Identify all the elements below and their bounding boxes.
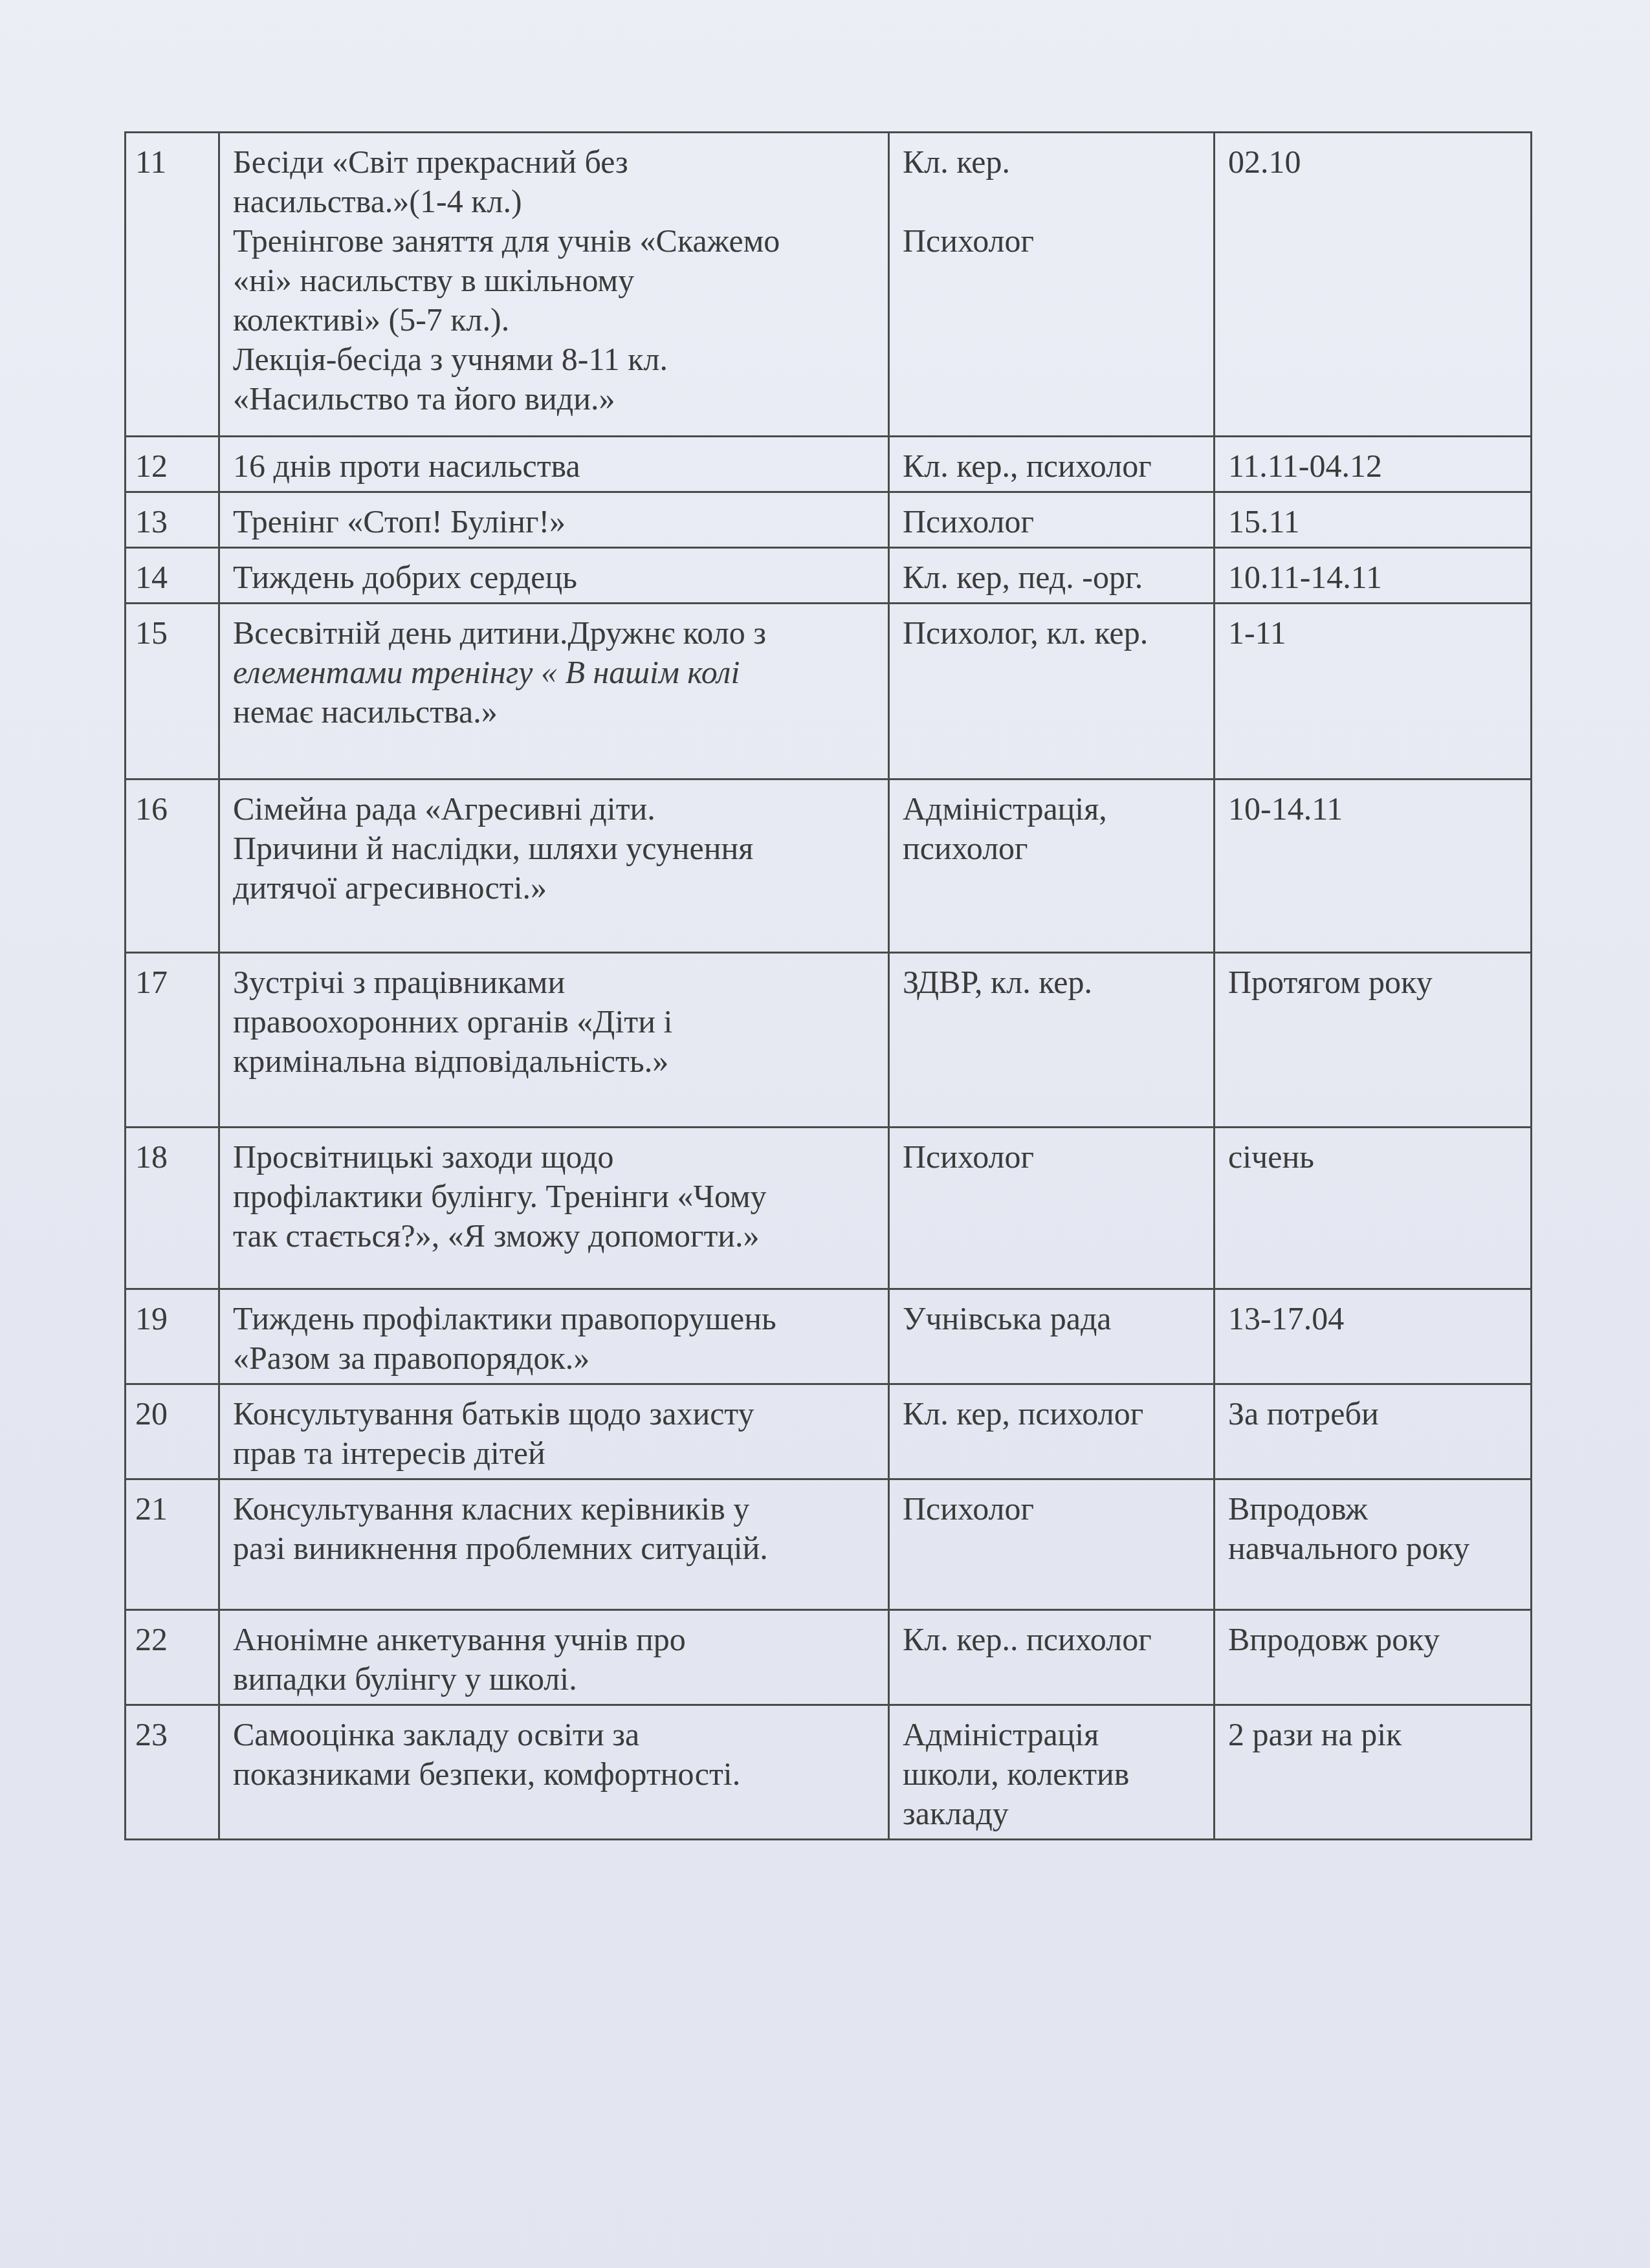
row-number: 14	[126, 548, 219, 604]
event-line: Просвітницькі заходи щодо	[233, 1137, 876, 1177]
table-row: 1216 днів проти насильстваКл. кер., псих…	[126, 437, 1532, 492]
responsible-line: Психолог	[903, 1489, 1202, 1529]
event-line: Всесвітній день дитини.Дружнє коло з	[233, 613, 876, 653]
responsible-person: ЗДВР, кл. кер.	[889, 953, 1215, 1128]
responsible-person: Кл. кер.. психолог	[889, 1610, 1215, 1705]
row-number: 16	[126, 780, 219, 953]
responsible-line: психолог	[903, 829, 1202, 868]
event-line: прав та інтересів дітей	[233, 1434, 876, 1473]
responsible-person: Психолог, кл. кер.	[889, 604, 1215, 780]
event-line: Бесіди «Світ прекрасний без	[233, 142, 876, 182]
event-description: Всесвітній день дитини.Дружнє коло зелем…	[219, 604, 889, 780]
table-row: 16Сімейна рада «Агресивні діти.Причини й…	[126, 780, 1532, 953]
event-line: Лекція-бесіда з учнями 8-11 кл.	[233, 340, 876, 379]
row-number: 20	[126, 1384, 219, 1479]
responsible-line	[903, 182, 1202, 221]
event-date: 02.10	[1215, 133, 1532, 437]
event-line: Причини й наслідки, шляхи усунення	[233, 829, 876, 868]
event-date: Впродовжнавчального року	[1215, 1479, 1532, 1610]
event-description: 16 днів проти насильства	[219, 437, 889, 492]
event-description: Анонімне анкетування учнів провипадки бу…	[219, 1610, 889, 1705]
event-description: Консультування батьків щодо захиступрав …	[219, 1384, 889, 1479]
event-date: Впродовж року	[1215, 1610, 1532, 1705]
responsible-line: Адміністрація,	[903, 789, 1202, 829]
event-line: насильства.»(1-4 кл.)	[233, 182, 876, 221]
event-line: кримінальна відповідальність.»	[233, 1041, 876, 1081]
responsible-line: школи, колектив	[903, 1754, 1202, 1794]
row-number: 15	[126, 604, 219, 780]
responsible-line: Психолог	[903, 221, 1202, 261]
event-description: Тиждень профілактики правопорушень«Разом…	[219, 1289, 889, 1384]
table-row: 19Тиждень профілактики правопорушень«Раз…	[126, 1289, 1532, 1384]
event-line: «Насильство та його види.»	[233, 379, 876, 419]
event-date: 1-11	[1215, 604, 1532, 780]
responsible-line: закладу	[903, 1794, 1202, 1833]
responsible-line: Адміністрація	[903, 1715, 1202, 1754]
event-line: Сімейна рада «Агресивні діти.	[233, 789, 876, 829]
table-row: 15Всесвітній день дитини.Дружнє коло зел…	[126, 604, 1532, 780]
event-line: Тренінгове заняття для учнів «Скажемо	[233, 221, 876, 261]
responsible-person: Кл. кер. Психолог	[889, 133, 1215, 437]
event-line: разі виникнення проблемних ситуацій.	[233, 1529, 876, 1568]
event-line: Консультування батьків щодо захисту	[233, 1394, 876, 1434]
event-line: Тренінг «Стоп! Булінг!»	[233, 502, 876, 541]
event-description: Самооцінка закладу освіти запоказниками …	[219, 1705, 889, 1840]
event-line: немає насильства.»	[233, 692, 876, 732]
event-date: За потреби	[1215, 1384, 1532, 1479]
responsible-line: Кл. кер., психолог	[903, 446, 1202, 486]
date-line: Впродовж	[1228, 1489, 1519, 1529]
event-line: дитячої агресивності.»	[233, 868, 876, 908]
table-row: 22Анонімне анкетування учнів провипадки …	[126, 1610, 1532, 1705]
row-number: 13	[126, 492, 219, 548]
event-date: 2 рази на рік	[1215, 1705, 1532, 1840]
row-number: 18	[126, 1128, 219, 1289]
events-table-body: 11Бесіди «Світ прекрасний безнасильства.…	[126, 133, 1532, 1840]
event-line: «Разом за правопорядок.»	[233, 1338, 876, 1378]
event-line: Анонімне анкетування учнів про	[233, 1620, 876, 1659]
date-line: навчального року	[1228, 1529, 1519, 1568]
event-date: січень	[1215, 1128, 1532, 1289]
table-row: 18Просвітницькі заходи щодопрофілактики …	[126, 1128, 1532, 1289]
event-description: Тиждень добрих сердець	[219, 548, 889, 604]
event-line: Тиждень добрих сердець	[233, 558, 876, 597]
event-line: Консультування класних керівників у	[233, 1489, 876, 1529]
responsible-person: Психолог	[889, 1128, 1215, 1289]
event-line: так стається?», «Я зможу допомогти.»	[233, 1216, 876, 1256]
event-description: Тренінг «Стоп! Булінг!»	[219, 492, 889, 548]
table-row: 13Тренінг «Стоп! Булінг!»Психолог15.11	[126, 492, 1532, 548]
table-row: 14Тиждень добрих сердецьКл. кер, пед. -о…	[126, 548, 1532, 604]
row-number: 23	[126, 1705, 219, 1840]
event-date: Протягом року	[1215, 953, 1532, 1128]
responsible-line: Кл. кер, пед. -орг.	[903, 558, 1202, 597]
event-description: Бесіди «Світ прекрасний безнасильства.»(…	[219, 133, 889, 437]
event-line: показниками безпеки, комфортності.	[233, 1754, 876, 1794]
responsible-person: Адміністрація,психолог	[889, 780, 1215, 953]
row-number: 11	[126, 133, 219, 437]
event-line: Тиждень профілактики правопорушень	[233, 1299, 876, 1338]
responsible-person: Адміністраціяшколи, колективзакладу	[889, 1705, 1215, 1840]
row-number: 12	[126, 437, 219, 492]
row-number: 22	[126, 1610, 219, 1705]
table-row: 17Зустрічі з працівникамиправоохоронних …	[126, 953, 1532, 1128]
event-date: 13-17.04	[1215, 1289, 1532, 1384]
responsible-person: Психолог	[889, 492, 1215, 548]
event-description: Сімейна рада «Агресивні діти.Причини й н…	[219, 780, 889, 953]
responsible-person: Кл. кер, пед. -орг.	[889, 548, 1215, 604]
event-line: Зустрічі з працівниками	[233, 963, 876, 1002]
responsible-line: Кл. кер.	[903, 142, 1202, 182]
event-line: правоохоронних органів «Діти і	[233, 1002, 876, 1041]
row-number: 17	[126, 953, 219, 1128]
responsible-line: Психолог	[903, 502, 1202, 541]
responsible-line: Учнівська рада	[903, 1299, 1202, 1338]
responsible-person: Кл. кер., психолог	[889, 437, 1215, 492]
event-description: Просвітницькі заходи щодопрофілактики бу…	[219, 1128, 889, 1289]
responsible-person: Психолог	[889, 1479, 1215, 1610]
event-date: 10.11-14.11	[1215, 548, 1532, 604]
table-row: 23Самооцінка закладу освіти запоказникам…	[126, 1705, 1532, 1840]
event-description: Зустрічі з працівникамиправоохоронних ор…	[219, 953, 889, 1128]
table-row: 11Бесіди «Світ прекрасний безнасильства.…	[126, 133, 1532, 437]
row-number: 21	[126, 1479, 219, 1610]
event-date: 15.11	[1215, 492, 1532, 548]
responsible-line: Кл. кер, психолог	[903, 1394, 1202, 1434]
event-date: 10-14.11	[1215, 780, 1532, 953]
event-line: Самооцінка закладу освіти за	[233, 1715, 876, 1754]
event-line: профілактики булінгу. Тренінги «Чому	[233, 1177, 876, 1216]
table-row: 21Консультування класних керівників ураз…	[126, 1479, 1532, 1610]
responsible-person: Учнівська рада	[889, 1289, 1215, 1384]
event-description: Консультування класних керівників уразі …	[219, 1479, 889, 1610]
event-line: «ні» насильству в шкільному	[233, 261, 876, 300]
table-row: 20Консультування батьків щодо захиступра…	[126, 1384, 1532, 1479]
event-line: елементами тренінгу « В нашім колі	[233, 653, 876, 692]
responsible-line: Кл. кер.. психолог	[903, 1620, 1202, 1659]
responsible-line: Психолог	[903, 1137, 1202, 1177]
event-line: 16 днів проти насильства	[233, 446, 876, 486]
responsible-line: Психолог, кл. кер.	[903, 613, 1202, 653]
responsible-line: ЗДВР, кл. кер.	[903, 963, 1202, 1002]
events-table: 11Бесіди «Світ прекрасний безнасильства.…	[124, 131, 1532, 1840]
row-number: 19	[126, 1289, 219, 1384]
responsible-person: Кл. кер, психолог	[889, 1384, 1215, 1479]
event-date: 11.11-04.12	[1215, 437, 1532, 492]
event-line: колективі» (5-7 кл.).	[233, 300, 876, 340]
event-line: випадки булінгу у школі.	[233, 1659, 876, 1699]
